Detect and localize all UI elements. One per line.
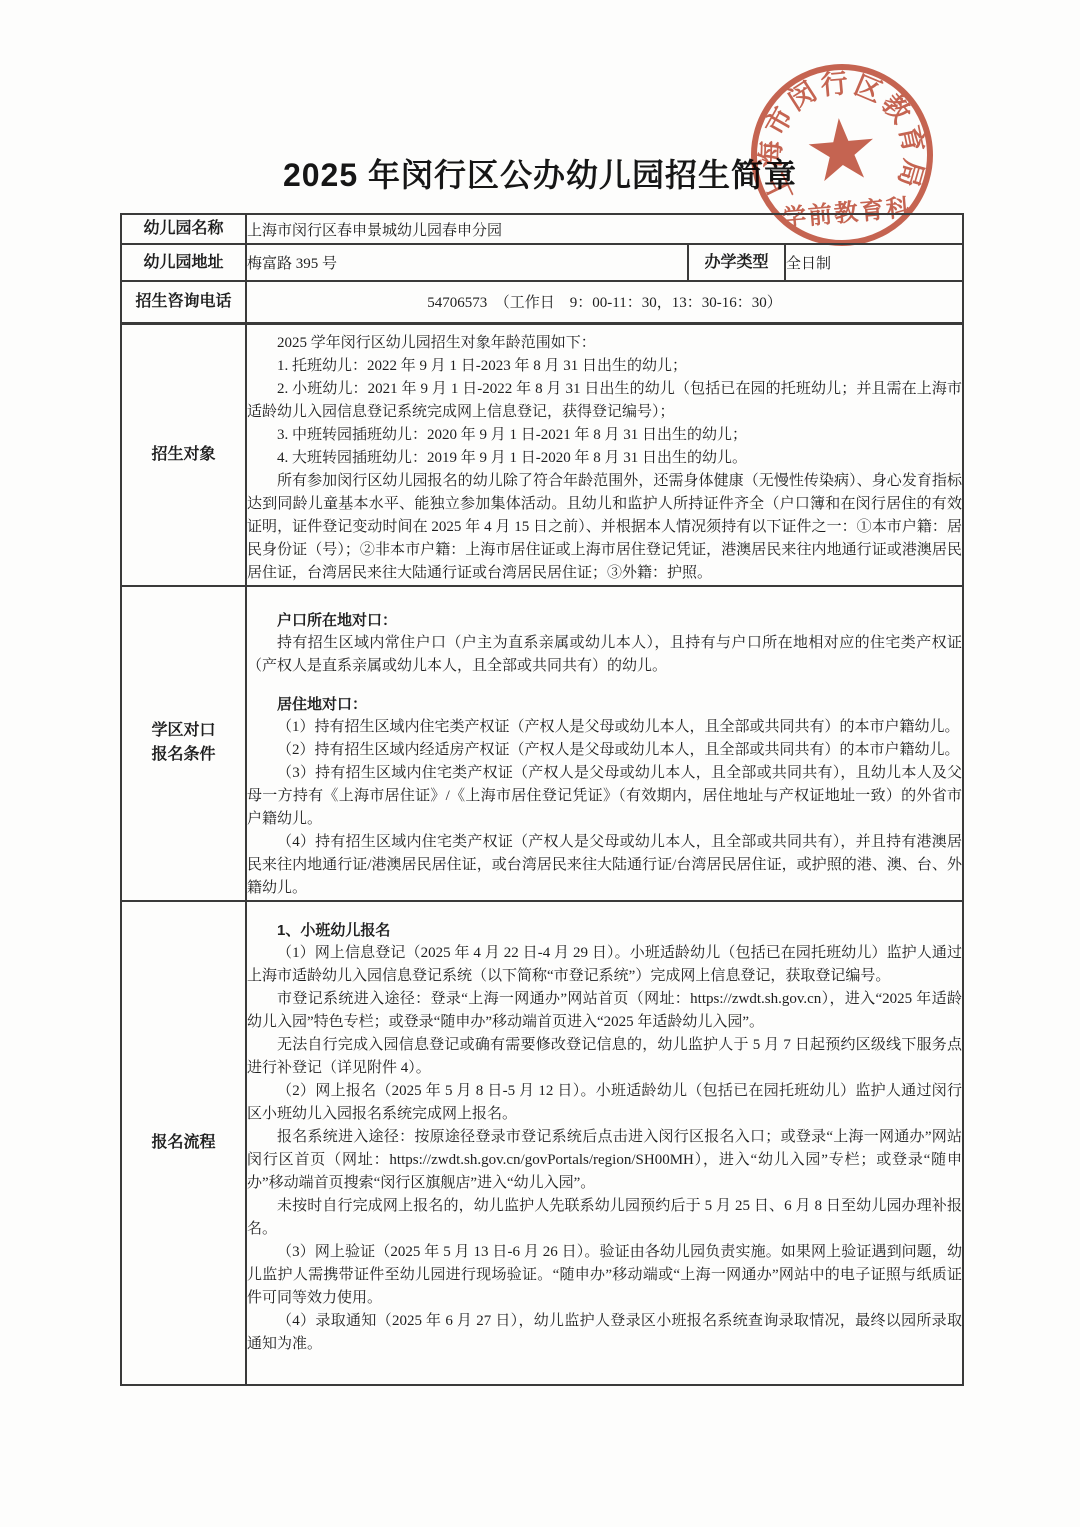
table-row: 幼儿园名称 上海市闵行区春申景城幼儿园春申分园 (121, 214, 963, 244)
document-page: 2025 年闵行区公办幼儿园招生简章 上海市闵行区教育局 学前教育科 幼儿园名称… (0, 0, 1080, 1527)
page-title: 2025 年闵行区公办幼儿园招生简章 (0, 150, 1080, 196)
paragraph: 市登记系统进入途径：登录“上海一网通办”网站首页（网址：https://zwdt… (247, 988, 962, 1034)
kindergarten-name-value: 上海市闵行区春申景城幼儿园春申分园 (246, 214, 963, 244)
application-process-label: 报名流程 (121, 901, 246, 1385)
table-row: 招生对象 2025 学年闵行区幼儿园招生对象年龄范围如下：1. 托班幼儿：202… (121, 323, 963, 586)
table-row: 报名流程 1、小班幼儿报名（1）网上信息登记（2025 年 4 月 22 日-4… (121, 901, 963, 1385)
paragraph: 报名系统进入途径：按原途径登录市登记系统后点击进入闵行区报名入口；或登录“上海一… (247, 1126, 962, 1195)
table-row: 招生咨询电话 54706573 （工作日 9：00-11：30，13：30-16… (121, 281, 963, 323)
paragraph: （3）持有招生区域内住宅类产权证（产权人是父母或幼儿本人，且全部或共同共有），且… (247, 762, 962, 831)
paragraph: （2）持有招生区域内经适房产权证（产权人是父母或幼儿本人，且全部或共同共有）的本… (247, 739, 962, 762)
paragraph: 居住地对口： (247, 693, 962, 716)
paragraph: （4）持有招生区域内住宅类产权证（产权人是父母或幼儿本人，且全部或共同共有），并… (247, 831, 962, 900)
table-row: 学区对口 报名条件 户口所在地对口：持有招生区域内常住户口（户主为直系亲属或幼儿… (121, 586, 963, 901)
paragraph: 户口所在地对口： (247, 609, 962, 632)
paragraph: 持有招生区域内常住户口（户主为直系亲属或幼儿本人），且持有与户口所在地相对应的住… (247, 632, 962, 678)
district-conditions-content: 户口所在地对口：持有招生区域内常住户口（户主为直系亲属或幼儿本人），且持有与户口… (246, 586, 963, 901)
kindergarten-address-value: 梅富路 395 号 (246, 244, 688, 281)
enrollment-targets-content: 2025 学年闵行区幼儿园招生对象年龄范围如下：1. 托班幼儿：2022 年 9… (246, 323, 963, 586)
kindergarten-name-label: 幼儿园名称 (121, 214, 246, 244)
district-conditions-label: 学区对口 报名条件 (121, 586, 246, 901)
phone-value: 54706573 （工作日 9：00-11：30，13：30-16：30） (246, 281, 963, 323)
paragraph: 2025 学年闵行区幼儿园招生对象年龄范围如下： (247, 332, 962, 355)
paragraph: 3. 中班转园插班幼儿：2020 年 9 月 1 日-2021 年 8 月 31… (247, 424, 962, 447)
enrollment-table: 幼儿园名称 上海市闵行区春申景城幼儿园春申分园 幼儿园地址 梅富路 395 号 … (120, 213, 964, 1386)
school-type-value: 全日制 (785, 244, 963, 281)
paragraph: 所有参加闵行区幼儿园报名的幼儿除了符合年龄范围外，还需身体健康（无慢性传染病）、… (247, 470, 962, 585)
enrollment-targets-label: 招生对象 (121, 323, 246, 586)
kindergarten-address-label: 幼儿园地址 (121, 244, 246, 281)
table-row: 幼儿园地址 梅富路 395 号 办学类型 全日制 (121, 244, 963, 281)
paragraph: （2）网上报名（2025 年 5 月 8 日-5 月 12 日）。小班适龄幼儿（… (247, 1080, 962, 1126)
paragraph: 4. 大班转园插班幼儿：2019 年 9 月 1 日-2020 年 8 月 31… (247, 447, 962, 470)
paragraph: （1）持有招生区域内住宅类产权证（产权人是父母或幼儿本人，且全部或共同共有）的本… (247, 716, 962, 739)
paragraph: 未按时自行完成网上报名的，幼儿监护人先联系幼儿园预约后于 5 月 25 日、6 … (247, 1195, 962, 1241)
paragraph (247, 678, 962, 693)
school-type-label: 办学类型 (688, 244, 785, 281)
paragraph: 1. 托班幼儿：2022 年 9 月 1 日-2023 年 8 月 31 日出生… (247, 355, 962, 378)
application-process-content: 1、小班幼儿报名（1）网上信息登记（2025 年 4 月 22 日-4 月 29… (246, 901, 963, 1385)
paragraph: 无法自行完成入园信息登记或确有需要修改登记信息的，幼儿监护人于 5 月 7 日起… (247, 1034, 962, 1080)
paragraph: 2. 小班幼儿：2021 年 9 月 1 日-2022 年 8 月 31 日出生… (247, 378, 962, 424)
phone-label: 招生咨询电话 (121, 281, 246, 323)
paragraph: （4）录取通知（2025 年 6 月 27 日），幼儿监护人登录区小班报名系统查… (247, 1310, 962, 1356)
paragraph: （1）网上信息登记（2025 年 4 月 22 日-4 月 29 日）。小班适龄… (247, 942, 962, 988)
paragraph: （3）网上验证（2025 年 5 月 13 日-6 月 26 日）。验证由各幼儿… (247, 1241, 962, 1310)
paragraph: 1、小班幼儿报名 (247, 919, 962, 942)
